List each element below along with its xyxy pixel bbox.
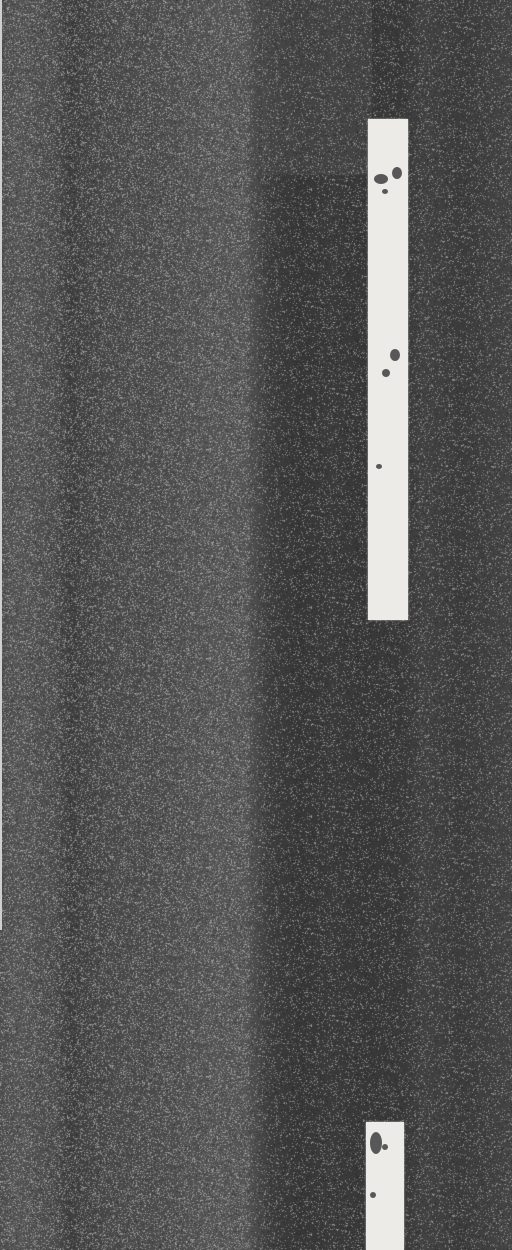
road-scene	[0, 0, 512, 1250]
stain	[382, 189, 388, 194]
stain	[370, 1192, 376, 1198]
lane-marking-dash-2	[366, 1122, 404, 1250]
road-edge-line	[0, 0, 2, 930]
stain	[382, 369, 390, 377]
lane-marking-dash-1	[368, 119, 408, 620]
stain	[390, 349, 400, 361]
asphalt-texture	[0, 0, 512, 1250]
stain	[382, 1144, 388, 1150]
stain	[392, 167, 402, 179]
stain	[370, 1132, 382, 1154]
stain	[374, 174, 388, 184]
stain	[376, 464, 382, 469]
